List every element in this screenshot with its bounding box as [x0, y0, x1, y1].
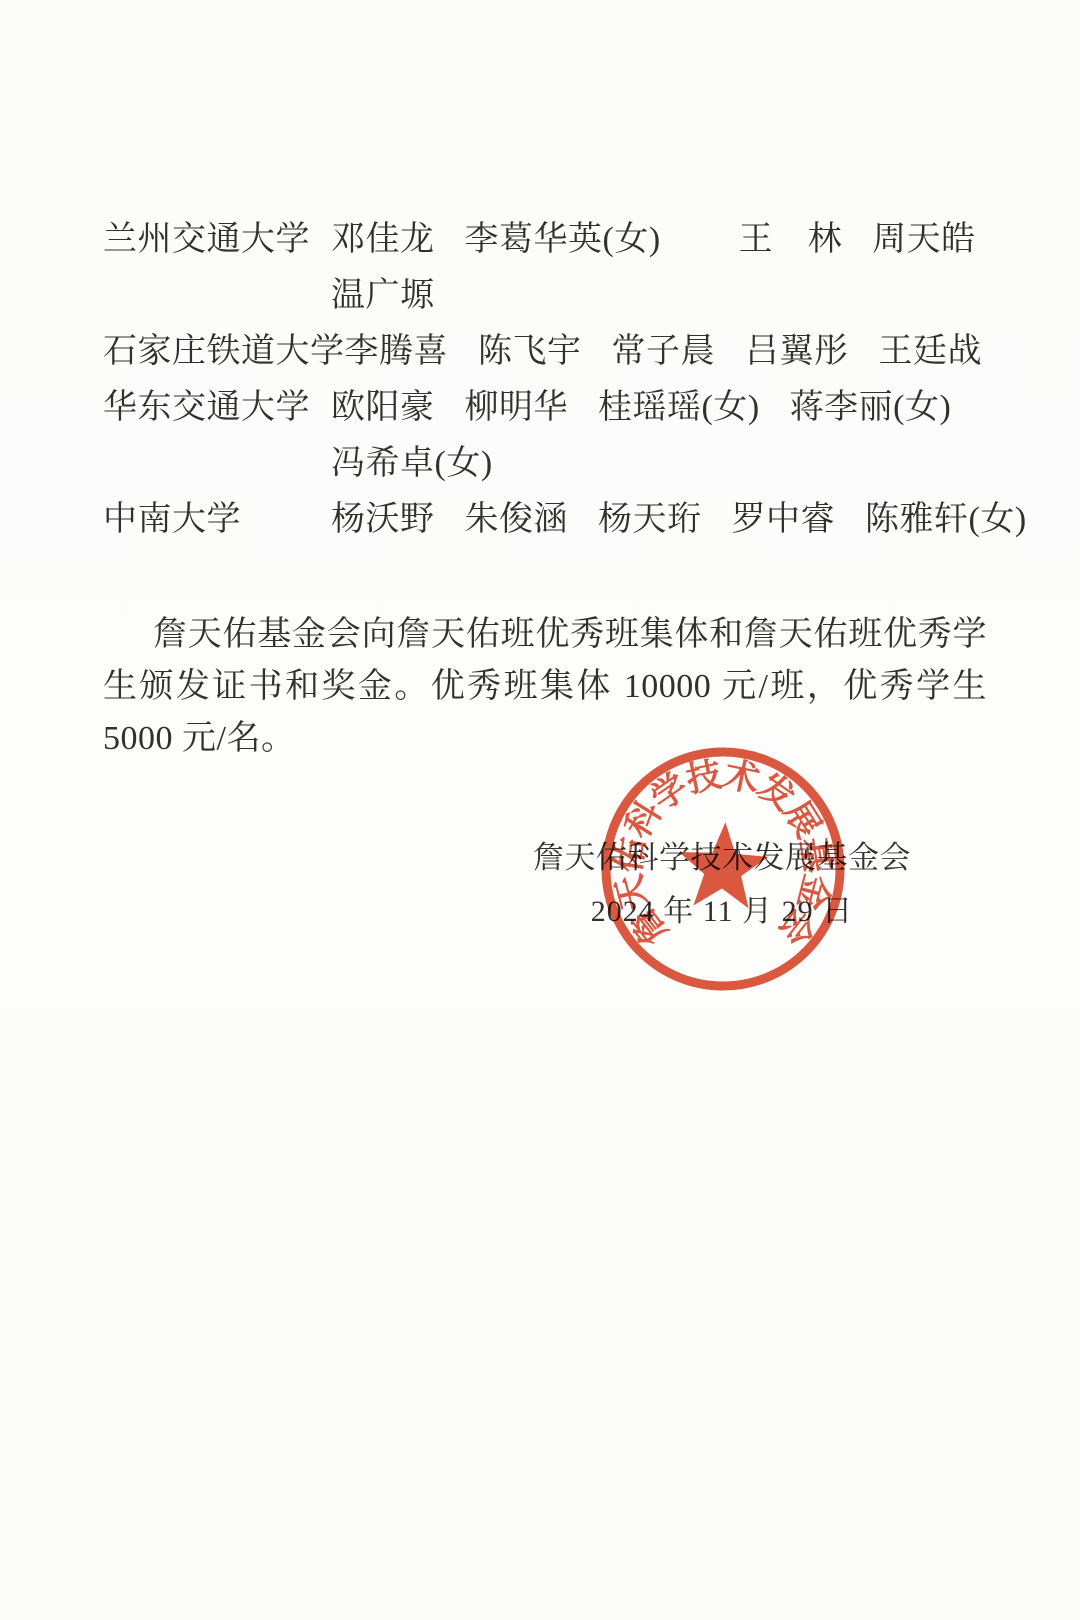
university-name: 中南大学 [103, 492, 331, 548]
student-name: 李葛华英(女) [465, 212, 661, 268]
roster-row: 石家庄铁道大学李腾喜陈飞宇常子晨吕翼彤王廷战 [103, 324, 1003, 380]
award-roster: 兰州交通大学邓佳龙李葛华英(女)王 林周天皓温广塬石家庄铁道大学李腾喜陈飞宇常子… [103, 212, 1003, 548]
signature-org-name: 詹天佑科学技术发展基金会 [516, 842, 928, 874]
student-name-list: 温广塬 [331, 268, 435, 324]
student-name: 柳明华 [465, 380, 569, 436]
student-name: 朱俊涵 [465, 492, 569, 548]
student-name: 吕翼彤 [745, 324, 849, 380]
student-name: 常子晨 [612, 324, 716, 380]
student-name: 杨沃野 [331, 492, 435, 548]
student-name-list: 冯希卓(女) [331, 436, 493, 492]
roster-row: 冯希卓(女) [103, 436, 1003, 492]
student-name: 王廷战 [879, 324, 983, 380]
student-name: 周天皓 [872, 212, 976, 268]
student-name: 王 林 [739, 212, 843, 268]
student-name: 陈雅轩(女) [865, 492, 1027, 548]
student-name: 陈飞宇 [478, 324, 582, 380]
signature-block: 詹天佑科学技术发展基金会 2024 年 11 月 29 日 [516, 842, 928, 927]
roster-row: 中南大学杨沃野朱俊涵杨天珩罗中睿陈雅轩(女) [103, 492, 1003, 548]
student-name-list: 邓佳龙李葛华英(女)王 林周天皓 [331, 212, 976, 268]
award-paragraph: 詹天佑基金会向詹天佑班优秀班集体和詹天佑班优秀学生颁发证书和奖金。优秀班集体 1… [103, 609, 987, 765]
student-name: 蒋李丽(女) [790, 380, 952, 436]
student-name: 李腾喜 [345, 324, 449, 380]
document-page: 兰州交通大学邓佳龙李葛华英(女)王 林周天皓温广塬石家庄铁道大学李腾喜陈飞宇常子… [0, 0, 1080, 1620]
student-name-list: 杨沃野朱俊涵杨天珩罗中睿陈雅轩(女) [331, 492, 1027, 548]
roster-row: 华东交通大学欧阳豪柳明华桂瑶瑶(女)蒋李丽(女) [103, 380, 1003, 436]
signature-date: 2024 年 11 月 29 日 [516, 896, 928, 927]
roster-row: 兰州交通大学邓佳龙李葛华英(女)王 林周天皓 [103, 212, 1003, 268]
student-name-list: 欧阳豪柳明华桂瑶瑶(女)蒋李丽(女) [331, 380, 951, 436]
student-name-list: 李腾喜陈飞宇常子晨吕翼彤王廷战 [345, 324, 983, 380]
student-name: 温广塬 [331, 268, 435, 324]
university-name: 华东交通大学 [103, 380, 331, 436]
student-name: 欧阳豪 [331, 380, 435, 436]
university-name: 兰州交通大学 [103, 212, 331, 268]
student-name: 罗中睿 [732, 492, 836, 548]
student-name: 桂瑶瑶(女) [598, 380, 760, 436]
student-name: 邓佳龙 [331, 212, 435, 268]
university-name: 石家庄铁道大学 [103, 324, 345, 380]
student-name: 杨天珩 [598, 492, 702, 548]
student-name: 冯希卓(女) [331, 436, 493, 492]
roster-row: 温广塬 [103, 268, 1003, 324]
